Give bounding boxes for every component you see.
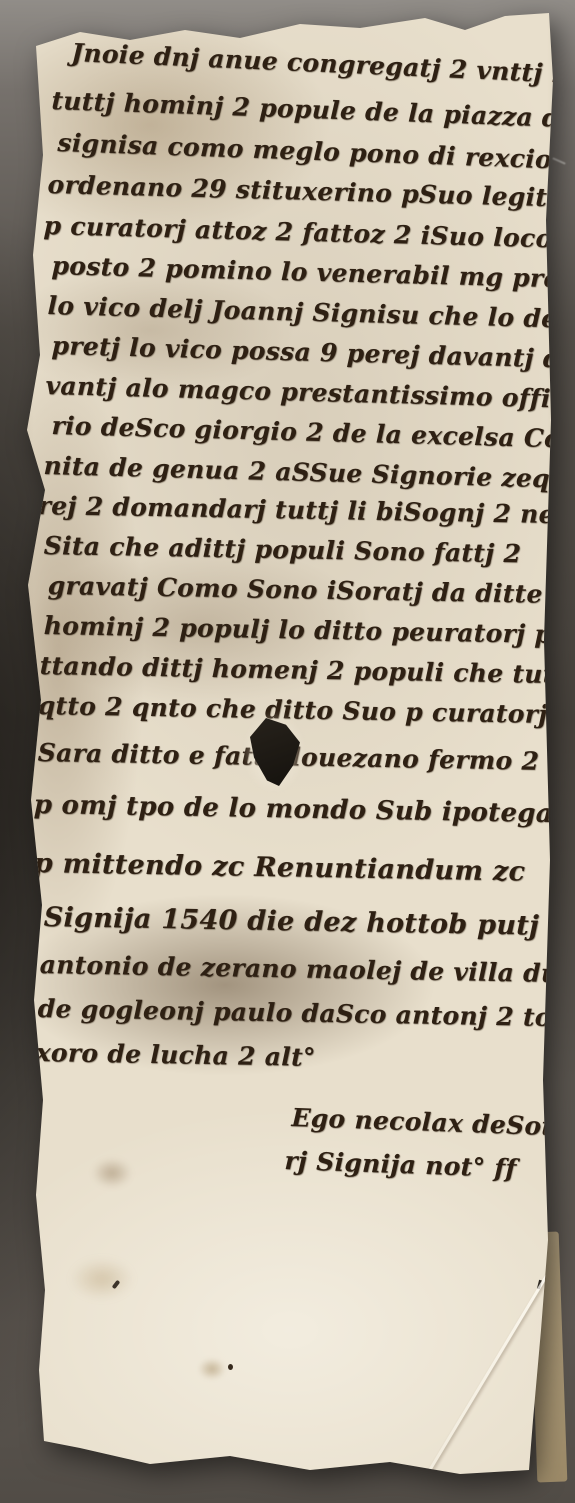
edge-mark: [544, 1283, 549, 1292]
stain: [198, 1358, 226, 1380]
manuscript-text-line: hominj 2 populj lo ditto peuratorj p mi: [43, 611, 575, 650]
stain: [92, 1158, 132, 1188]
manuscript-text-line: tuttj hominj 2 popule de la piazza d: [51, 86, 560, 133]
manuscript-text-line: Sara ditto e fatto louezano fermo 2 zatt…: [37, 738, 575, 777]
manuscript-text-line: gravatj Como Sono iSoratj da ditte: [47, 571, 542, 609]
manuscript-paper: Jnoie dnj anue congregatj 2 vnttj iSenbj…: [0, 0, 575, 1503]
manuscript-text-line: p omj tpo de lo mondo Sub ipotega zc: [33, 790, 575, 830]
manuscript-text-line: ttando dittj homenj 2 populi che tutto: [39, 651, 575, 689]
manuscript-text-line: Sita che adittj populi Sono fattj 2: [43, 531, 521, 568]
manuscript-text-line: xoro de lucha 2 alt°: [35, 1038, 316, 1072]
manuscript-text-line: Jnoie dnj anue congregatj 2 vnttj iSenbj: [71, 38, 575, 92]
manuscript-text-line: pretj lo vico possa 9 perej davantj de: [51, 331, 575, 374]
manuscript-text-line: de gogleonj paulo daSco antonj 2 toma: [37, 994, 575, 1033]
manuscript-text-line: signisa como meglo pono di rexcionj: [57, 128, 575, 175]
manuscript-text-line: rj Signija not° ff: [284, 1146, 517, 1183]
manuscript-text-line: p curatorj attoz 2 fattoz 2 iSuo loco an: [43, 211, 575, 254]
manuscript-text-line: lo vico delj Joannj Signisu che lo detto: [47, 291, 575, 334]
stain: [70, 1258, 134, 1300]
manuscript-text-line: nita de genua 2 aSSue Signorie zeque: [43, 451, 575, 494]
manuscript-text-line: antonio de zerano maolej de villa ducio: [39, 950, 575, 989]
manuscript-text-line: Ego necolax deSotano: [291, 1103, 575, 1143]
stain: [228, 1364, 233, 1370]
manuscript-text-line: ordenano 29 stituxerino pSuo legittimo: [47, 170, 575, 214]
manuscript-text-line: Signija 1540 die dez hottob putj ts: [43, 902, 575, 942]
manuscript-text-line: vantj alo magco prestantissimo offi: [45, 371, 551, 413]
photo-background: Jnoie dnj anue congregatj 2 vnttj iSenbj…: [0, 0, 575, 1503]
manuscript-text-line: rej 2 domandarj tuttj li biSognj 2 nece: [37, 491, 575, 530]
paper-shadow: Jnoie dnj anue congregatj 2 vnttj iSenbj…: [0, 0, 575, 1503]
manuscript-text-line: rio deSco giorgio 2 de la excelsa Comu: [51, 411, 575, 455]
manuscript-text-line: posto 2 pomino lo venerabil mg prete: [51, 251, 575, 294]
manuscript-text-line: p mittendo zc Renuntiandum zc: [33, 848, 525, 888]
